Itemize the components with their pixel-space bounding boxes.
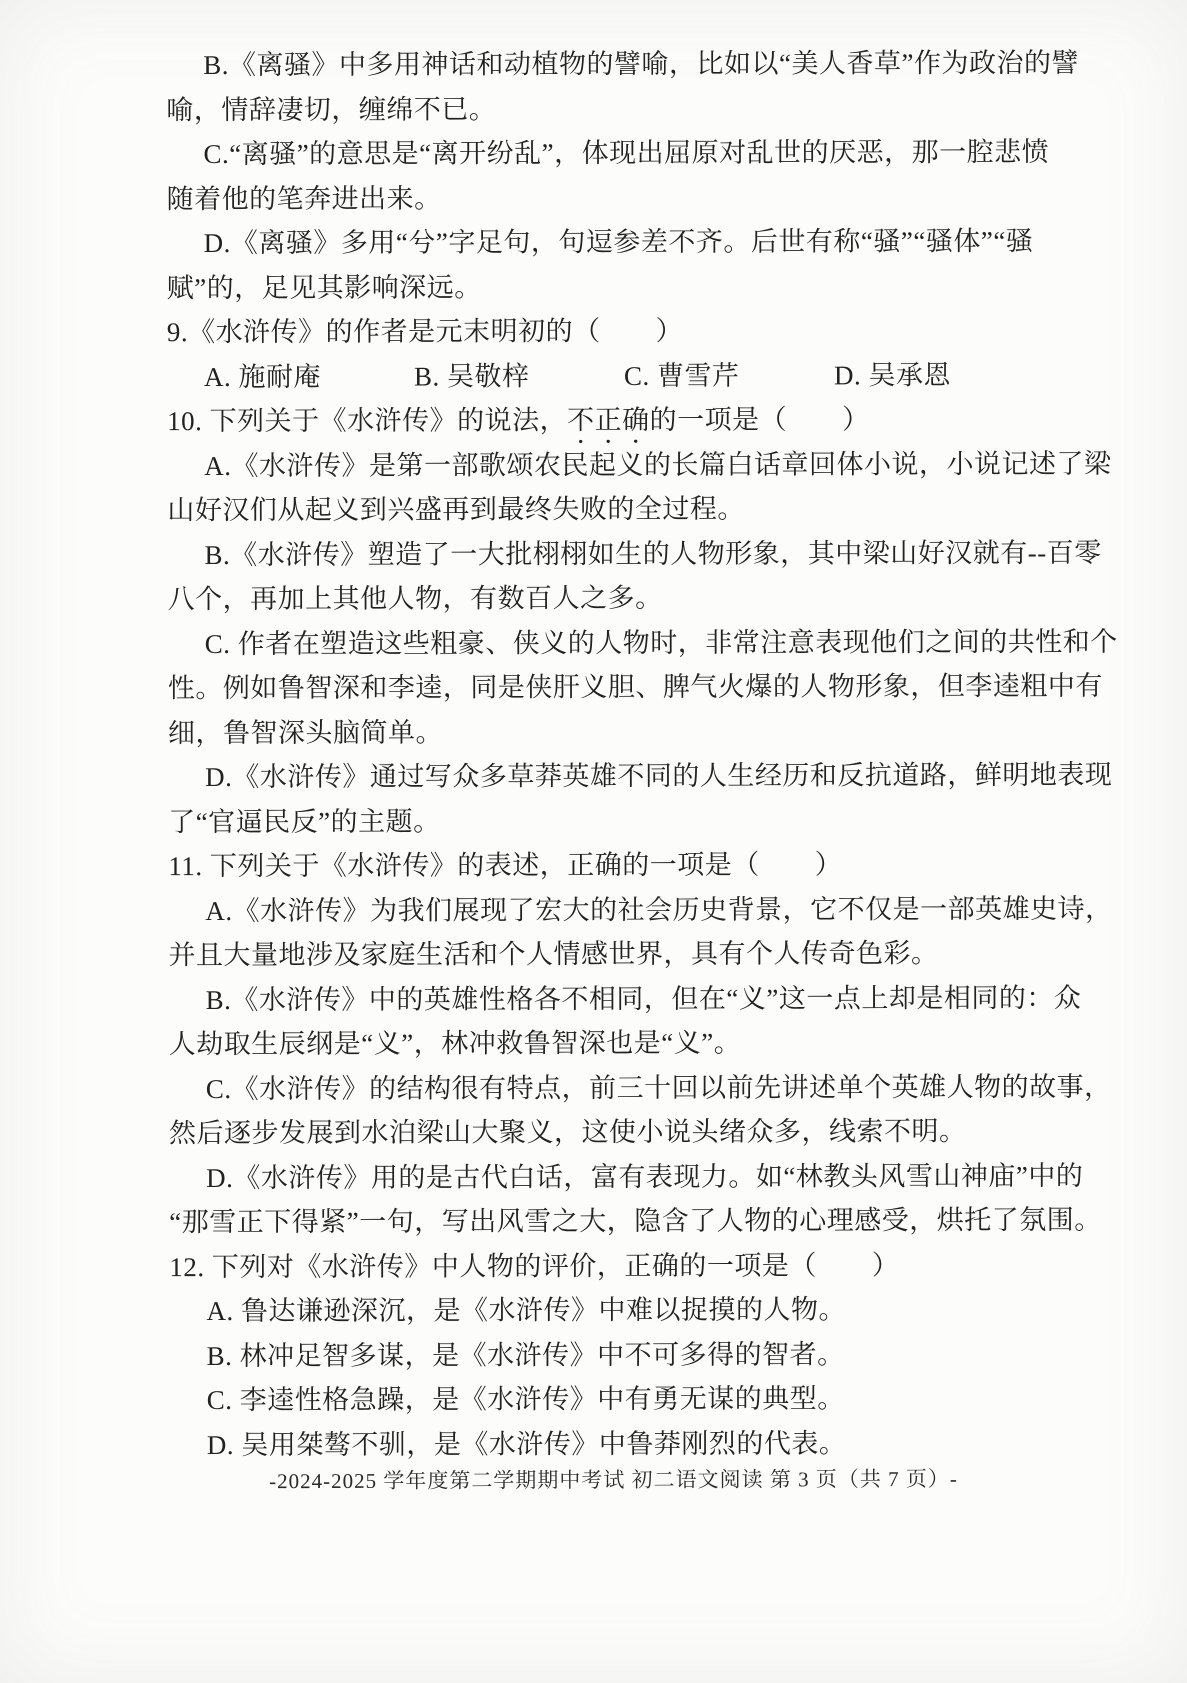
q10-option-c-line-2: 性。例如鲁智深和李逵，同是侠肝义胆、脾气火爆的人物形象，但李逵粗中有 [168,664,1038,711]
q10-stem-prefix: 10. 下列关于《水浒传》的说法， [167,405,567,436]
q12-option-c: C. 李逵性格急躁，是《水浒传》中有勇无谋的典型。 [170,1376,1040,1423]
q8-option-b-line-1: B.《离骚》中多用神话和动植物的譬喻，比如以“美人香草”作为政治的譬 [166,41,1036,88]
q10-stem-suffix: 的一项是（ ） [650,404,870,435]
q10-option-b-line-1: B.《水浒传》塑造了一大批栩栩如生的人物形象，其中梁山好汉就有--百零 [167,530,1037,577]
question-12-stem: 12. 下列对《水浒传》中人物的评价，正确的一项是（ ） [169,1242,1039,1289]
q10-option-a-line-2: 山好汉们从起义到兴盛再到最终失败的全过程。 [167,486,1037,533]
q11-option-c-line-2: 然后逐步发展到水泊梁山大聚义，这使小说头绪众多，线索不明。 [169,1109,1039,1156]
question-9-stem: 9.《水浒传》的作者是元末明初的（ ） [167,308,1037,355]
q11-option-a-line-2: 并且大量地涉及家庭生活和个人情感世界，具有个人传奇色彩。 [168,931,1038,978]
q11-option-c-line-1: C.《水浒传》的结构很有特点，前三十回以前先讲述单个英雄人物的故事， [169,1064,1039,1111]
q10-option-d-line-2: 了“官逼民反”的主题。 [168,797,1038,844]
q10-option-b-line-2: 八个，再加上其他人物，有数百人之多。 [168,575,1038,622]
q11-option-d-line-2: “那雪正下得紧”一句，写出风雪之大，隐含了人物的心理感受，烘托了氛围。 [169,1198,1039,1245]
exam-text-column: B.《离骚》中多用神话和动植物的譬喻，比如以“美人香草”作为政治的譬 喻，情辞凄… [166,41,1040,1467]
q11-option-d-line-1: D.《水浒传》用的是古代白话，富有表现力。如“林教头风雪山神庙”中的 [169,1153,1039,1200]
q9-option-d: D. 吴承恩 [834,352,1044,397]
q12-option-a: A. 鲁达谦逊深沉，是《水浒传》中难以捉摸的人物。 [169,1287,1039,1334]
q11-option-a-line-1: A.《水浒传》为我们展现了宏大的社会历史背景，它不仅是一部英雄史诗， [168,886,1038,933]
q8-option-d-line-1: D.《离骚》多用“兮”字足句，句逗参差不齐。后世有称“骚”“骚体”“骚 [167,219,1037,266]
q10-option-c-line-1: C. 作者在塑造这些粗豪、侠义的人物时，非常注意表现他们之间的共性和个 [168,619,1038,666]
q10-option-a-line-1: A.《水浒传》是第一部歌颂农民起义的长篇白话章回体小说，小说记述了梁 [167,441,1037,488]
q11-option-b-line-1: B.《水浒传》中的英雄性格各不相同，但在“义”这一点上却是相同的：众 [169,975,1039,1022]
q9-option-c: C. 曹雪芹 [624,353,834,398]
q8-option-c-line-2: 随着他的笔奔进出来。 [166,174,1036,221]
q9-option-a: A. 施耐庵 [204,354,414,399]
question-10-stem: 10. 下列关于《水浒传》的说法，不正确的一项是（ ） [167,397,1037,444]
question-11-stem: 11. 下列关于《水浒传》的表述，正确的一项是（ ） [168,842,1038,889]
q12-option-d: D. 吴用桀骜不驯，是《水浒传》中鲁莽刚烈的代表。 [170,1420,1040,1467]
q8-option-d-line-2: 赋”的，足见其影响深远。 [167,263,1037,310]
q10-option-d-line-1: D.《水浒传》通过写众多草莽英雄不同的人生经历和反抗道路，鲜明地表现 [168,753,1038,800]
q9-option-b: B. 吴敬梓 [414,353,624,398]
q8-option-c-line-1: C.“离骚”的意思是“离开纷乱”，体现出屈原对乱世的厌恶，那一腔悲愤 [166,130,1036,177]
exam-page: B.《离骚》中多用神话和动植物的譬喻，比如以“美人香草”作为政治的譬 喻，情辞凄… [0,0,1187,1683]
q10-stem-emphasized: 不正确 [567,405,650,435]
question-9-options-row: A. 施耐庵 B. 吴敬梓 C. 曹雪芹 D. 吴承恩 [167,352,1037,399]
q11-option-b-line-2: 人劫取生辰纲是“义”，林冲救鲁智深也是“义”。 [169,1020,1039,1067]
page-footer: -2024-2025 学年度第二学期期中考试 初二语文阅读 第 3 页（共 7 … [20,1462,1187,1496]
q12-option-b: B. 林冲足智多谋，是《水浒传》中不可多得的智者。 [170,1331,1040,1378]
q10-option-c-line-3: 细，鲁智深头脑简单。 [168,708,1038,755]
q8-option-b-line-2: 喻，情辞凄切，缠绵不已。 [166,85,1036,132]
